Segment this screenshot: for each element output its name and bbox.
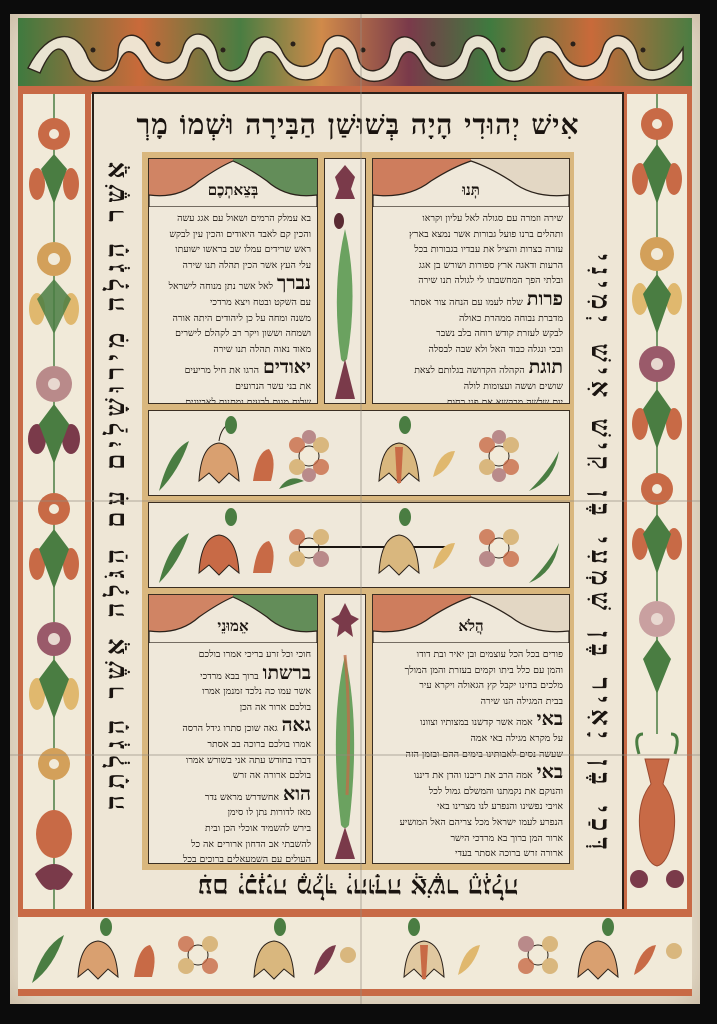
text-line: בולכם ארורה אה זרש: [155, 768, 311, 784]
text-line: אמה אשר קדשנו במצותיו וצוונו: [420, 717, 533, 728]
text-line: בבית המגילה הנו שירה: [379, 694, 563, 710]
floral-strip-lower: [148, 502, 570, 588]
text-line: ראש שרידים עמלו שב בראשו ישועתו: [155, 242, 311, 258]
frame-right-text: דְּכַי בֶּן יָאִיר בֶּן שִׁמְעִי בֶּן קִ…: [585, 156, 615, 856]
text-line: מלכים בחינו יקבל קץ הגאולה ויקרא עיר: [379, 678, 563, 694]
fold-line-horizontal: [10, 500, 700, 502]
fold-line-horizontal: [10, 754, 700, 756]
keyword: גאה: [282, 715, 311, 736]
text-line: אויבי נפשינו והנפרע לנו מצרינו באי: [379, 799, 563, 815]
frame-top-inscription: אִישׁ יְהוּדִי הָיָה בְּשׁוּשַׁן הַבִּיר…: [94, 98, 622, 152]
text-line: ארור המן ברוך בא מרדכי הישר: [379, 831, 563, 847]
text-line: בירש להשמיד אוכלי הכן ובית: [155, 821, 311, 837]
vase-icon: [630, 734, 684, 888]
panel-upper-left: בְּצֵאתְכֶם בא עמלק הרמים ושאול עם אגג ע…: [148, 158, 318, 404]
text-line: פורים בכל הכל עוצמים ובן יאיר ובת דודו: [379, 647, 563, 663]
cypress-finial-icon: [325, 159, 365, 403]
panel-text: שירה וזמרה עם סגולה לאל עליון וקראו ותהל…: [379, 211, 563, 399]
bottom-outer-rule: [18, 989, 692, 996]
fold-line-vertical: [360, 14, 362, 1004]
panel-text: פורים בכל הכל עוצמים ובן יאיר ובת דודו ו…: [379, 647, 563, 859]
frame-left-inscription: אֲשֶׁר הָגְלָה מִירוּשָׁלַיִם עִם הַגֹּל…: [94, 156, 138, 856]
panel-text: בא עמלק הרמים ושאול עם אגג עשה והכין קם …: [155, 211, 311, 399]
frame-right-inscription: דְּכַי בֶּן יָאִיר בֶּן שִׁמְעִי בֶּן קִ…: [578, 156, 622, 856]
text-line: עם השקט ובטח ויצא מרדכי: [155, 295, 311, 311]
text-line: שירה וזמרה עם סגולה לאל עליון וקראו: [379, 211, 563, 227]
text-line: עלי העץ אשר הכין תהלה תנו שירה: [155, 258, 311, 274]
panel-text: חוכי וכל זרע בריכי אמרו בולכם ברשתוברוך …: [155, 647, 311, 859]
text-line: ותהלים ברנו פועל גבורות אשר נמצא בארץ: [379, 227, 563, 243]
text-line: שלח לעמו עם הנחה צור אסתר: [410, 297, 523, 308]
text-line: על מקרא מגילה באי אמה: [379, 731, 563, 747]
manuscript-sheet: אִישׁ יְהוּדִי הָיָה בְּשׁוּשַׁן הַבִּיר…: [10, 14, 700, 1004]
text-line: ובלתי הפך המחשבתו לי לגולה תנו שירה: [379, 273, 563, 289]
text-line: גאה שוכן סתרו גידל הרסה: [182, 723, 277, 734]
keyword: ברשתו: [263, 663, 311, 684]
text-line: והכין קם לאבד היאודים והכין עין לבקש: [155, 227, 311, 243]
panel-heading: אֵמוּנֵי: [149, 617, 317, 636]
text-line: יום שלשה מבקשא את פני רחום: [379, 395, 563, 404]
text-line: מאוד נאוה תהלה תנו שירה: [155, 342, 311, 358]
text-line: מדברת נבוחה ממהרת כאולה: [379, 311, 563, 327]
text-line: לבקש לעזרת קודש רוחה בלב נשבר: [379, 326, 563, 342]
text-line: מאז לדורות נתן לו סימן: [155, 805, 311, 821]
text-line: חוכי וכל זרע בריכי אמרו בולכם: [155, 647, 311, 663]
text-line: ושמחה וששון ויקר רב לקהלם לישרים: [155, 326, 311, 342]
panel-grid: בְּצֵאתְכֶם בא עמלק הרמים ושאול עם אגג ע…: [142, 152, 574, 870]
text-line: אשר עמו כה נלכד זמנמן אמרו: [155, 684, 311, 700]
frame-bottom-inscription-inverted: עִם יְכָנְיָה מֶלֶךְ יְהוּדָה אֲשֶׁר הֶג…: [94, 864, 622, 910]
panel-upper-right: תְּנוּ שירה וזמרה עם סגולה לאל עליון וקר…: [372, 158, 570, 404]
floral-strip-upper: [148, 410, 570, 496]
bottom-vermilion-rule: [18, 909, 692, 917]
text-line: לאל אשר נתן מנוחה לישראל: [169, 281, 273, 292]
keyword: הוא: [283, 784, 311, 805]
text-line: הרגו את חיל מריעים: [185, 365, 259, 376]
text-line: בא עמלק הרמים ושאול עם אגג עשה: [155, 211, 311, 227]
text-line: אמרו בולכם ברוכה בב אסתר: [155, 737, 311, 753]
text-line: הנפרע לעמו ישראל מכל צריהם האל המושיע: [379, 815, 563, 831]
text-line: ברוך בבא מרדכי: [200, 671, 258, 682]
inner-text-frame: אִישׁ יְהוּדִי הָיָה בְּשׁוּשַׁן הַבִּיר…: [92, 92, 624, 916]
text-line: הקהלה הקדושה בגלותם לצאת: [414, 365, 524, 376]
text-line: להשבתי אב הדחון ארורים אה כל: [155, 837, 311, 853]
panel-lower-left: אֵמוּנֵי חוכי וכל זרע בריכי אמרו בולכם ב…: [148, 594, 318, 864]
text-line: משנה ומחה על כן ליהודים היתה אורה: [155, 311, 311, 327]
tulip-rosette-frieze-icon: [149, 503, 569, 587]
bottom-floral-frieze: [18, 917, 692, 989]
cypress-finial-icon: [325, 595, 365, 863]
text-line: אחשדרש מראש נדר: [205, 792, 279, 803]
panel-heading: הֲלֹא: [373, 617, 569, 636]
text-line: והמן עם כלל ביתו וקמים בעזרת והמן המולך: [379, 663, 563, 679]
tulip-rosette-frieze-icon: [149, 411, 569, 495]
panel-lower-right: הֲלֹא פורים בכל הכל עוצמים ובן יאיר ובת …: [372, 594, 570, 864]
tulip-rosette-frieze-icon: [18, 917, 692, 989]
keyword: תוגת: [529, 357, 563, 378]
text-line: הרעות ודאגה ארץ ספורות ושורש בן אגג: [379, 258, 563, 274]
text-line: העולים עם השמעאלים ברוכים בכל: [155, 852, 311, 864]
keyword: נברך: [277, 273, 311, 294]
keyword: פרות: [527, 289, 563, 310]
text-line: והנוקם את נקמתנו והמשלם גמול לכל: [379, 784, 563, 800]
text-line: ארורה זרש ברוכה אסתר בעדי: [379, 846, 563, 862]
text-line: שושים וששה ועצומות לולה: [379, 379, 563, 395]
text-line: ובכי ונגלה כבוד האל ולא שבה לבסלה: [379, 342, 563, 358]
frame-left-text: אֲשֶׁר הָגְלָה מִירוּשָׁלַיִם עִם הַגֹּל…: [101, 156, 131, 856]
top-acanthus-frieze: [18, 18, 692, 86]
text-line: בולכם ארור אה הכן: [155, 700, 311, 716]
acanthus-scroll-icon: [18, 18, 692, 86]
text-line: אמה הרב את ריבנו והדן את דיננו: [414, 770, 533, 781]
panel-heading: תְּנוּ: [373, 181, 569, 200]
text-line: עזרה בצרות והציל את עבדיו בגבורות בכל: [379, 242, 563, 258]
keyword: יאודים: [263, 357, 311, 378]
keyword: באי: [537, 709, 563, 730]
text-line: את בני עשר הנרועים: [155, 379, 311, 395]
panel-heading: בְּצֵאתְכֶם: [149, 181, 317, 200]
text-line: שלוח מנות לרעים ומתנות לאביונים: [155, 395, 311, 404]
keyword: באי: [537, 762, 563, 783]
